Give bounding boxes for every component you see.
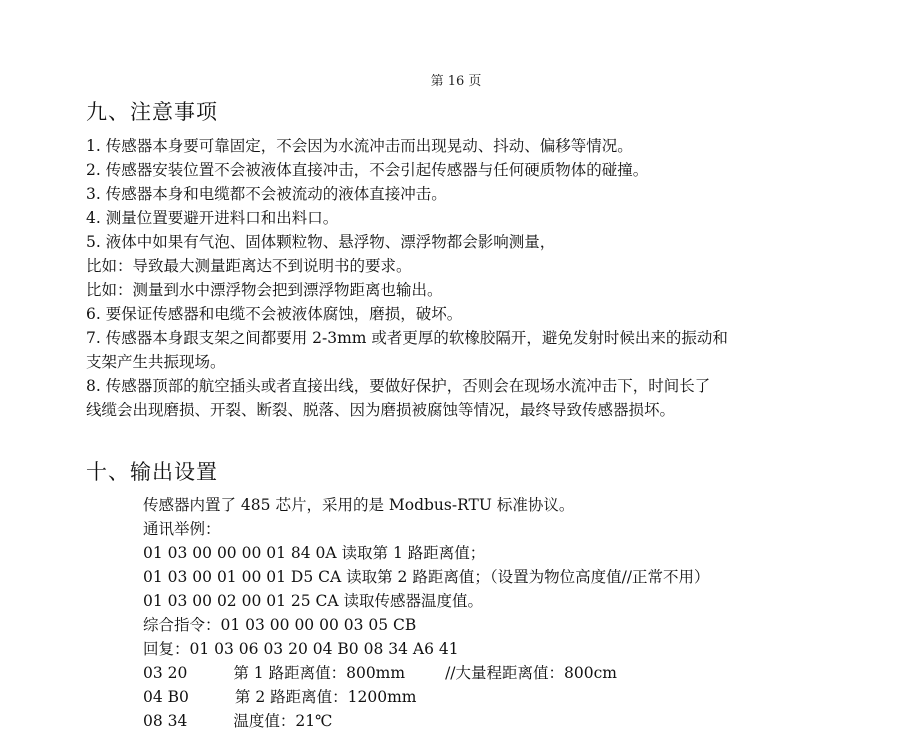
command-read-ch2: 01 03 00 01 00 01 D5 CA 读取第 2 路距离值；（设置为物… bbox=[143, 565, 710, 589]
command-read-temp: 01 03 00 02 00 01 25 CA 读取传感器温度值。 bbox=[143, 589, 483, 613]
note-line-4: 4. 测量位置要避开进料口和出料口。 bbox=[86, 206, 338, 230]
example-label: 通讯举例： bbox=[143, 517, 221, 541]
reply-frame: 回复：01 03 06 03 20 04 B0 08 34 A6 41 bbox=[143, 637, 459, 661]
combined-command: 综合指令：01 03 00 00 00 03 05 CB bbox=[143, 613, 416, 637]
note-line-5-example-2: 比如：测量到水中漂浮物会把到漂浮物距离也输出。 bbox=[86, 278, 443, 302]
note-line-7-cont: 支架产生共振现场。 bbox=[86, 350, 226, 374]
section-10-title: 十、输出设置 bbox=[86, 456, 218, 486]
decode-bytes: 03 20 bbox=[143, 664, 187, 682]
note-line-6: 6. 要保证传感器和电缆不会被液体腐蚀，磨损，破坏。 bbox=[86, 302, 462, 326]
note-line-7: 7. 传感器本身跟支架之间都要用 2-3mm 或者更厚的软橡胶隔开，避免发射时候… bbox=[86, 326, 728, 350]
note-line-1: 1. 传感器本身要可靠固定，不会因为水流冲击而出现晃动、抖动、偏移等情况。 bbox=[86, 134, 633, 158]
note-line-8: 8. 传感器顶部的航空插头或者直接出线，要做好保护，否则会在现场水流冲击下，时间… bbox=[86, 374, 710, 398]
decode-bytes: 08 34 bbox=[143, 712, 187, 730]
note-line-8-cont: 线缆会出现磨损、开裂、断裂、脱落、因为磨损被腐蚀等情况，最终导致传感器损坏。 bbox=[86, 398, 675, 422]
decode-note: //大量程距离值：800cm bbox=[445, 664, 617, 682]
note-line-5-example-1: 比如：导致最大测量距离达不到说明书的要求。 bbox=[86, 254, 412, 278]
note-line-2: 2. 传感器安装位置不会被液体直接冲击，不会引起传感器与任何硬质物体的碰撞。 bbox=[86, 158, 648, 182]
command-read-ch1: 01 03 00 00 00 01 84 0A 读取第 1 路距离值； bbox=[143, 541, 485, 565]
note-line-5: 5. 液体中如果有气泡、固体颗粒物、悬浮物、漂浮物都会影响测量， bbox=[86, 230, 555, 254]
page-number: 第 16 页 bbox=[0, 70, 912, 89]
decode-row: 04 B0第 2 路距离值：1200mm bbox=[143, 685, 416, 709]
decode-bytes: 04 B0 bbox=[143, 688, 189, 706]
decode-row: 03 20第 1 路距离值：800mm//大量程距离值：800cm bbox=[143, 661, 617, 685]
decode-desc: 第 1 路距离值：800mm bbox=[233, 664, 405, 682]
decode-desc: 第 2 路距离值：1200mm bbox=[235, 688, 417, 706]
decode-row: 08 34温度值：21℃ bbox=[143, 709, 332, 733]
decode-desc: 温度值：21℃ bbox=[233, 712, 332, 730]
section-9-title: 九、注意事项 bbox=[86, 96, 218, 126]
protocol-intro: 传感器内置了 485 芯片，采用的是 Modbus-RTU 标准协议。 bbox=[143, 493, 574, 517]
note-line-3: 3. 传感器本身和电缆都不会被流动的液体直接冲击。 bbox=[86, 182, 447, 206]
